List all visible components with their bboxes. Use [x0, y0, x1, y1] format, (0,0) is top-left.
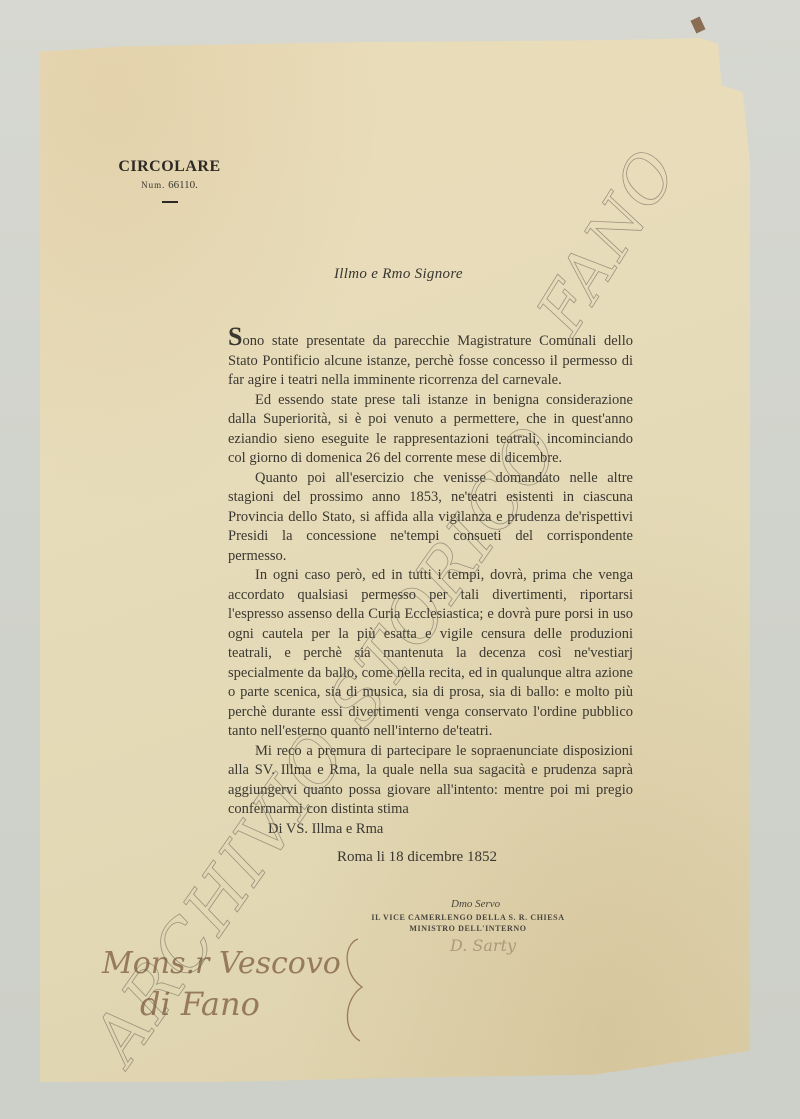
- paragraph-text: ono state presentate da parecchie Magist…: [228, 333, 633, 388]
- signature-servant: Dmo Servo: [451, 898, 500, 910]
- drop-cap: S: [228, 322, 242, 351]
- signature-title-line-1: IL VICE CAMERLENGO DELLA S. R. CHIESA: [352, 912, 584, 923]
- handwritten-brace-icon: [340, 935, 380, 1045]
- signature-title: IL VICE CAMERLENGO DELLA S. R. CHIESA MI…: [352, 912, 584, 934]
- dateline: Roma li 18 dicembre 1852: [337, 849, 497, 866]
- heading-rule: [162, 201, 178, 203]
- salutation: Illmo e Rmo Signore: [334, 266, 463, 283]
- number-label: Num.: [141, 180, 165, 190]
- circular-number: Num. 66110.: [117, 179, 222, 191]
- number-value: 66110.: [168, 179, 198, 191]
- signature-title-line-2: MINISTRO DELL'INTERNO: [352, 923, 584, 934]
- circular-heading: CIRCOLARE Num. 66110.: [117, 158, 222, 203]
- handwritten-initials: D. Sarty: [450, 936, 516, 955]
- paragraph-1: Sono state presentate da parecchie Magis…: [228, 330, 633, 391]
- document-title: CIRCOLARE: [117, 158, 222, 176]
